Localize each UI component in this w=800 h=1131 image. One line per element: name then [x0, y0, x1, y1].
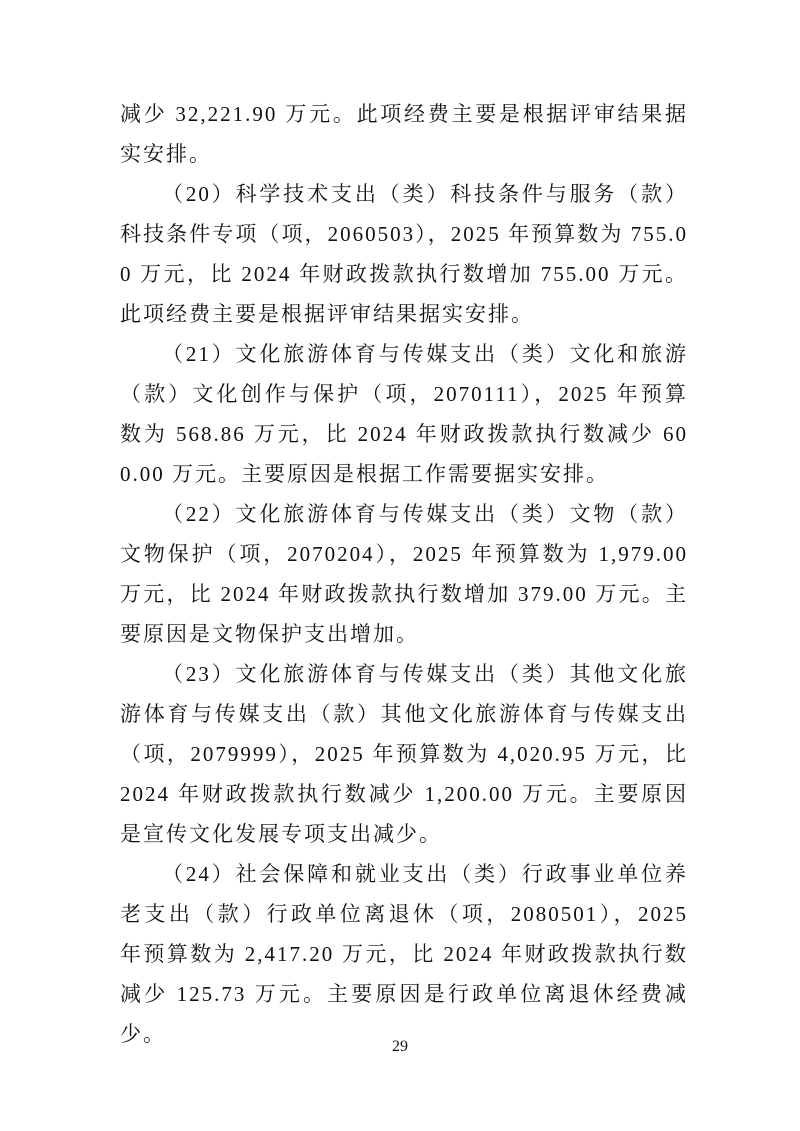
- paragraph-item-20: （20）科学技术支出（类）科技条件与服务（款）科技条件专项（项，2060503）…: [120, 174, 688, 334]
- paragraph-item-24: （24）社会保障和就业支出（类）行政事业单位养老支出（款）行政单位离退休（项，2…: [120, 854, 688, 1054]
- page-number: 29: [0, 1038, 800, 1056]
- document-body: 减少 32,221.90 万元。此项经费主要是根据评审结果据实安排。 （20）科…: [120, 94, 688, 1054]
- paragraph-item-21: （21）文化旅游体育与传媒支出（类）文化和旅游（款）文化创作与保护（项，2070…: [120, 334, 688, 494]
- paragraph-item-22: （22）文化旅游体育与传媒支出（类）文物（款）文物保护（项，2070204），2…: [120, 494, 688, 654]
- document-page: 减少 32,221.90 万元。此项经费主要是根据评审结果据实安排。 （20）科…: [0, 0, 800, 1131]
- paragraph-item-23: （23）文化旅游体育与传媒支出（类）其他文化旅游体育与传媒支出（款）其他文化旅游…: [120, 654, 688, 854]
- paragraph-continuation: 减少 32,221.90 万元。此项经费主要是根据评审结果据实安排。: [120, 94, 688, 174]
